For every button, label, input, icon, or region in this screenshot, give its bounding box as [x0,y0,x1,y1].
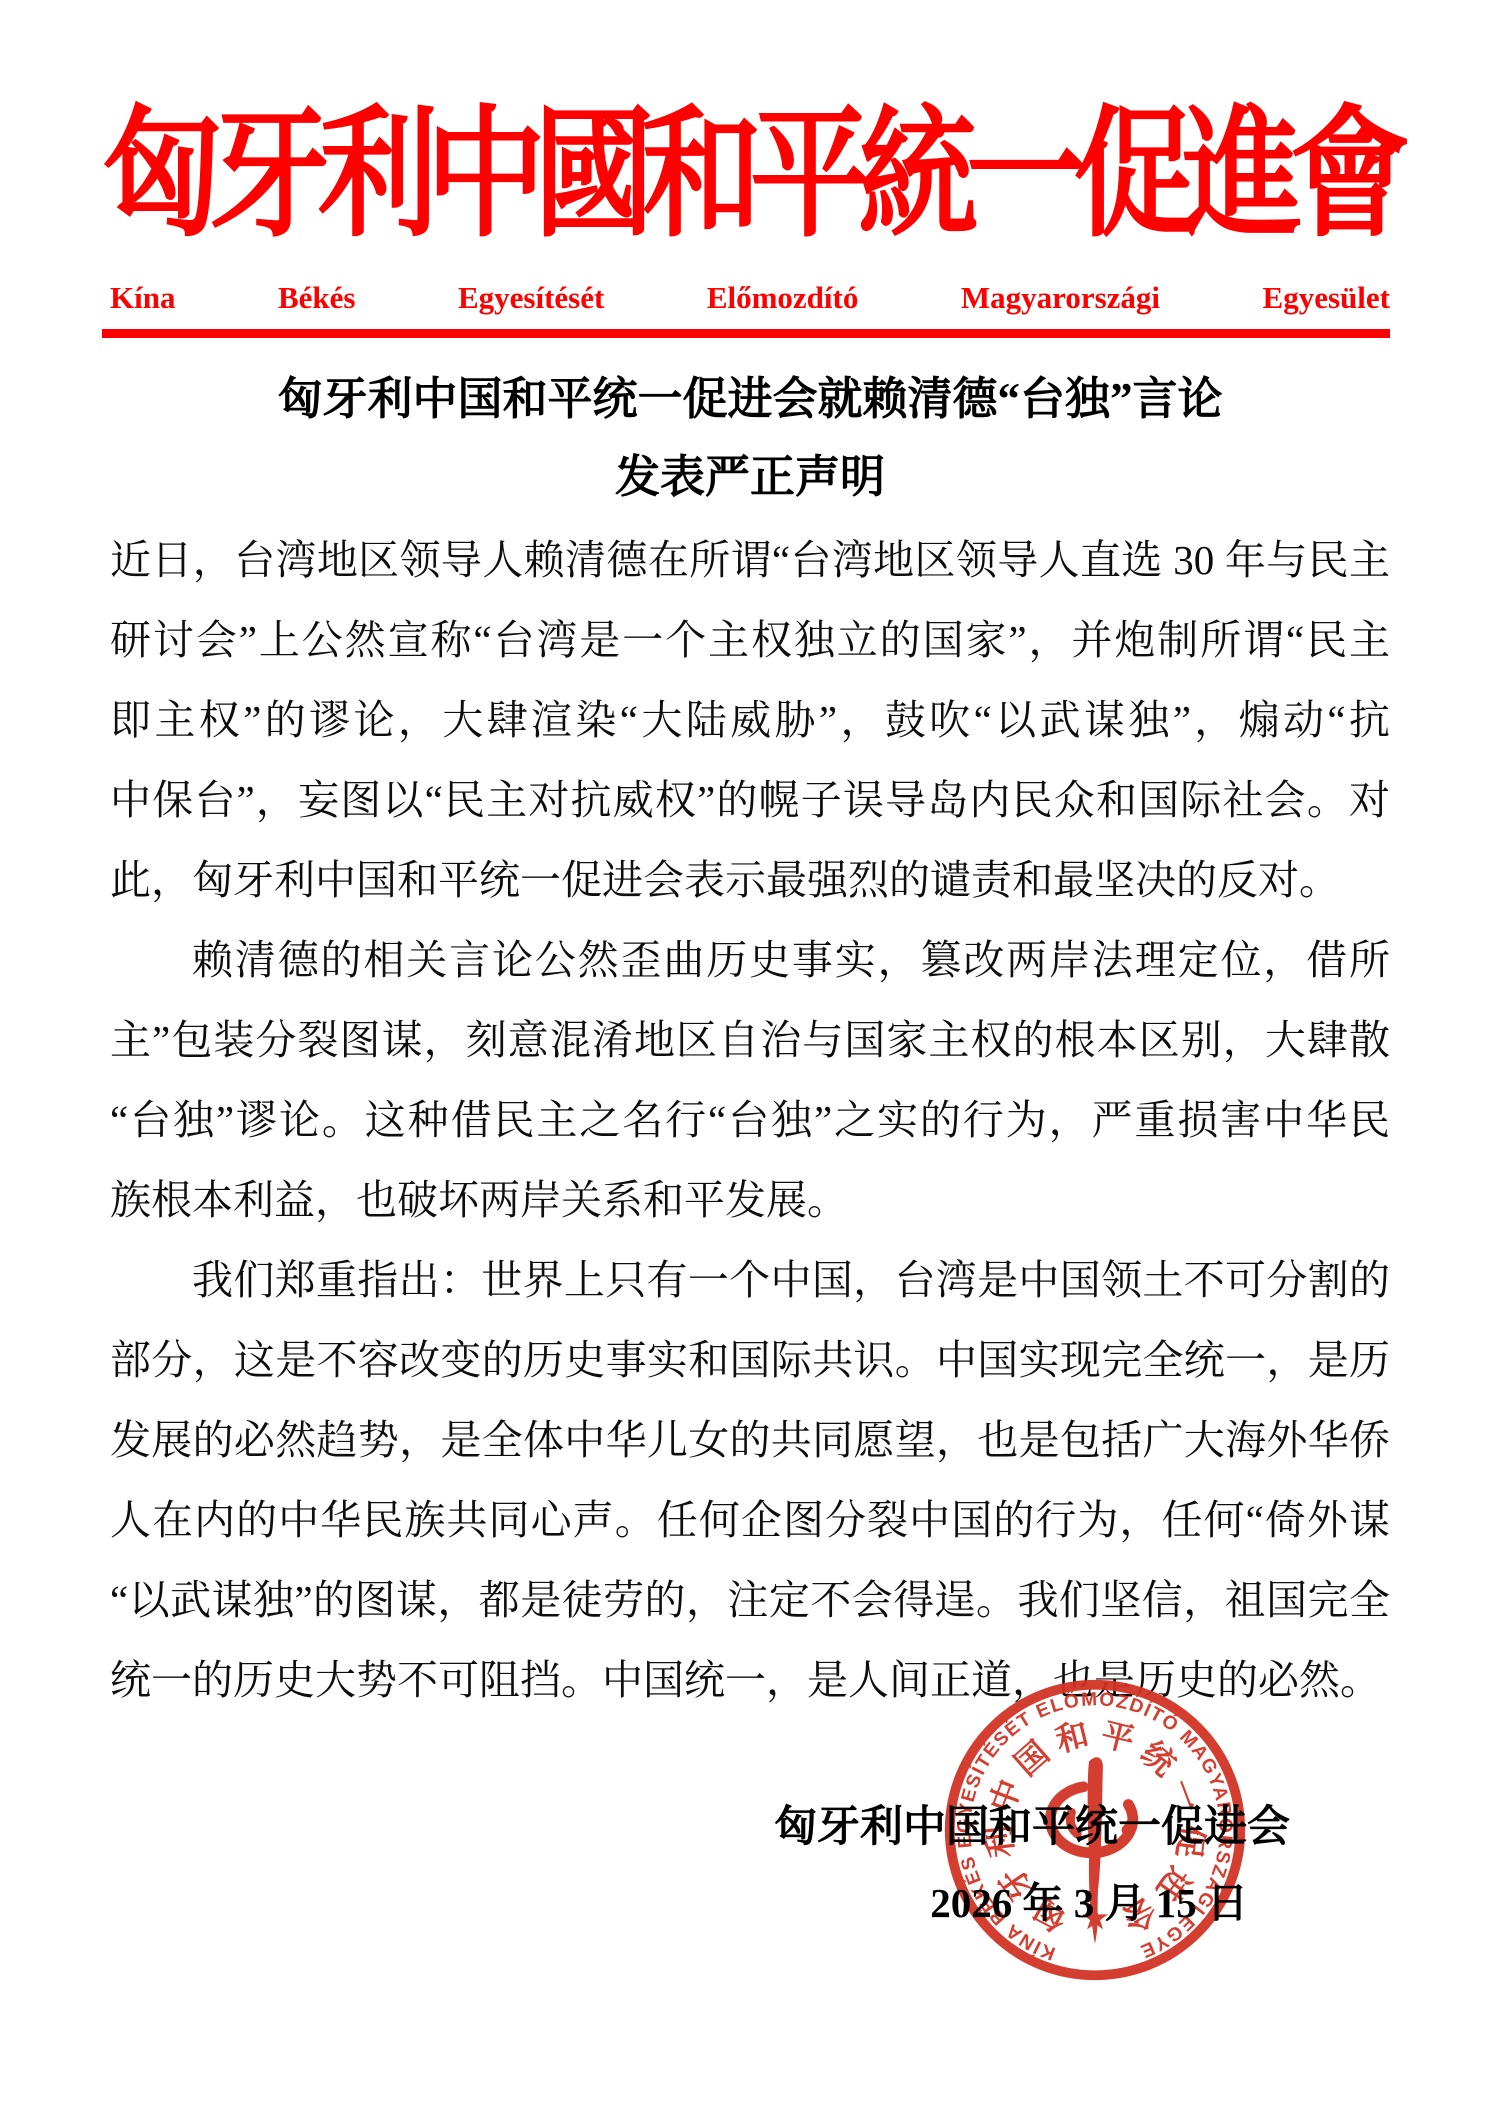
statement-title-line2: 发表严正声明 [110,438,1390,516]
body-line: 近日，台湾地区领导人赖清德在所谓“台湾地区领导人直选 30 年与民主 [110,520,1390,600]
body-line: 即主权”的谬论，大肆渲染“大陆威胁”，鼓吹“以武谋独”，煽动“抗 [110,680,1390,760]
body-line: 部分，这是不容改变的历史事实和国际共识。中国实现完全统一，是历史 [110,1320,1390,1400]
hungarian-word: Egyesítését [458,280,604,316]
hungarian-word: Kína [110,280,175,316]
signature-org-name: 匈牙利中国和平统一促进会 [110,1793,1290,1854]
seal-char: 国 [1008,1735,1056,1783]
body-line: 族根本利益，也破坏两岸关系和平发展。 [110,1160,1390,1240]
statement-title: 匈牙利中国和平统一促进会就赖清德“台独”言论 发表严正声明 [110,360,1390,516]
seal-char: 统 [1133,1735,1182,1784]
letterhead-org-name-hungarian: Kína Békés Egyesítését Előmozdító Magyar… [110,280,1390,316]
body-line: “以武谋独”的图谋，都是徒劳的，注定不会得逞。我们坚信，祖国完全 [110,1560,1390,1640]
body-line: 此，匈牙利中国和平统一促进会表示最强烈的谴责和最坚决的反对。 [110,840,1390,920]
body-line: “台独”谬论。这种借民主之名行“台独”之实的行为，严重损害中华民 [110,1080,1390,1160]
body-line: 我们郑重指出：世界上只有一个中国，台湾是中国领土不可分割的一 [110,1240,1390,1320]
hungarian-word: Békés [278,280,356,316]
seal-char: 平 [1097,1717,1137,1760]
body-line: 人在内的中华民族共同心声。任何企图分裂中国的行为，任何“倚外谋独” [110,1480,1390,1560]
body-line: 研讨会”上公然宣称“台湾是一个主权独立的国家”，并炮制所谓“民主 [110,600,1390,680]
signature-date: 2026 年 3 月 15 日 [110,1870,1248,1929]
hungarian-word: Egyesület [1263,280,1390,316]
document-page: 匈牙利中國和平統一促進會 Kína Békés Egyesítését Előm… [0,0,1500,2121]
body-line: 赖清德的相关言论公然歪曲历史事实，篡改两岸法理定位，借所谓“民 [110,920,1390,1000]
body-line: 发展的必然趋势，是全体中华儿女的共同愿望，也是包括广大海外华侨华 [110,1400,1390,1480]
hungarian-word: Magyarországi [961,280,1160,316]
hungarian-word: Előmozdító [707,280,859,316]
seal-char: 和 [1052,1717,1092,1760]
body-line: 中保台”，妄图以“民主对抗威权”的幌子误导岛内民众和国际社会。对 [110,760,1390,840]
letterhead-org-name-chinese: 匈牙利中國和平統一促進會 [102,98,1398,254]
statement-title-line1: 匈牙利中国和平统一促进会就赖清德“台独”言论 [110,360,1390,438]
letterhead-divider [102,329,1390,338]
body-line: 主”包装分裂图谋，刻意混淆地区自治与国家主权的根本区别，大肆散布 [110,1000,1390,1080]
statement-body: 近日，台湾地区领导人赖清德在所谓“台湾地区领导人直选 30 年与民主 研讨会”上… [110,520,1390,1720]
